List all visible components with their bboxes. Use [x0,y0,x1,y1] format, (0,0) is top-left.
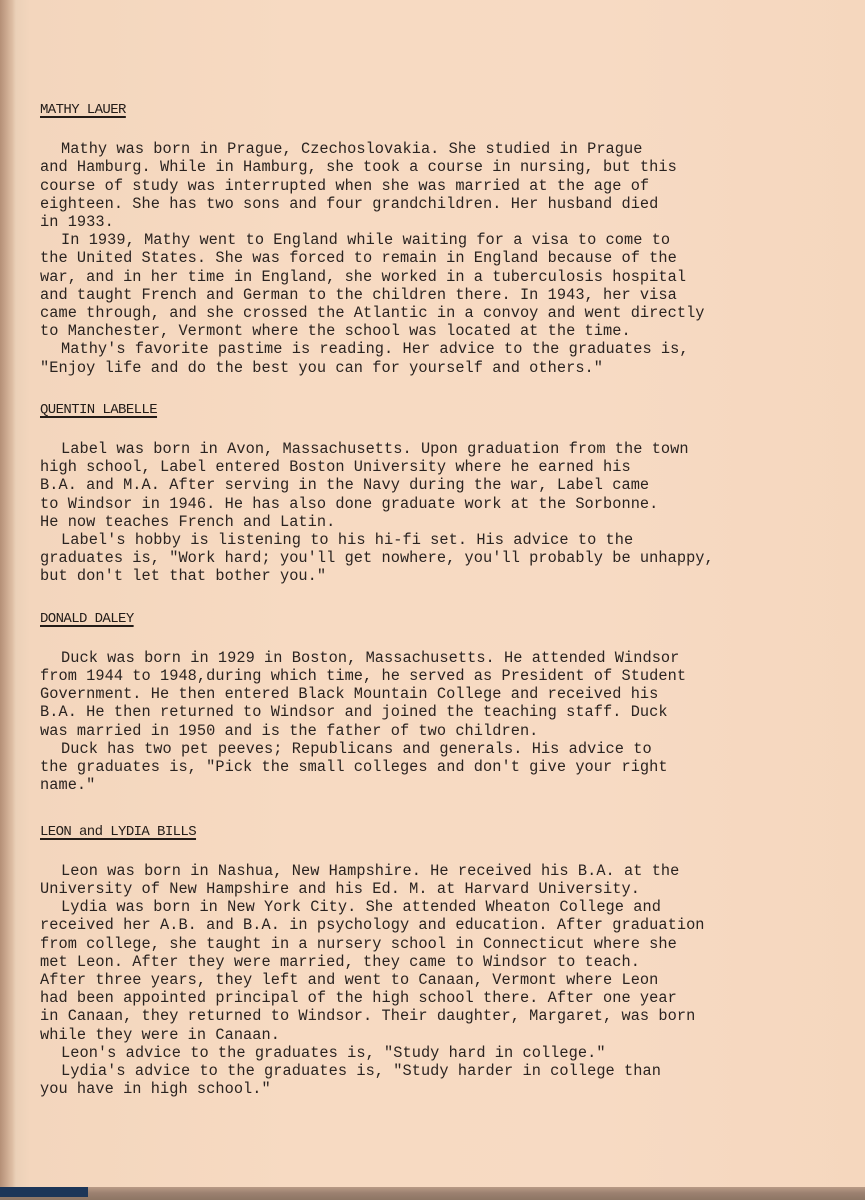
page-content: MATHY LAUER Mathy was born in Prague, Cz… [40,100,840,1098]
text-line: Duck was born in 1929 in Boston, Massach… [40,649,840,667]
text-line: received her A.B. and B.A. in psychology… [40,916,840,934]
text-line: Mathy was born in Prague, Czechoslovakia… [40,140,840,158]
text-line: Government. He then entered Black Mounta… [40,685,840,703]
bio-section-mathy-lauer: MATHY LAUER Mathy was born in Prague, Cz… [40,100,840,377]
text-line: you have in high school." [40,1080,840,1098]
section-heading: DONALD DALEY [40,610,134,628]
text-line: In 1939, Mathy went to England while wai… [40,231,840,249]
section-heading: LEON and LYDIA BILLS [40,823,196,841]
text-line: in Canaan, they returned to Windsor. The… [40,1007,840,1025]
text-line: Leon was born in Nashua, New Hampshire. … [40,862,840,880]
text-line: to Windsor in 1946. He has also done gra… [40,495,840,513]
text-line: B.A. and M.A. After serving in the Navy … [40,476,840,494]
bio-section-donald-daley: DONALD DALEY Duck was born in 1929 in Bo… [40,609,840,795]
section-heading: QUENTIN LABELLE [40,401,157,419]
text-line: from college, she taught in a nursery sc… [40,935,840,953]
text-line: but don't let that bother you." [40,567,840,585]
text-line: graduates is, "Work hard; you'll get now… [40,549,840,567]
cover-strip [0,1187,88,1197]
page-bottom-edge [0,1187,865,1200]
text-line: came through, and she crossed the Atlant… [40,304,840,322]
text-line: met Leon. After they were married, they … [40,953,840,971]
binding-shadow [0,0,16,1188]
text-line: course of study was interrupted when she… [40,177,840,195]
text-line: B.A. He then returned to Windsor and joi… [40,703,840,721]
text-line: name." [40,776,840,794]
text-line: "Enjoy life and do the best you can for … [40,359,840,377]
text-line: Mathy's favorite pastime is reading. Her… [40,340,840,358]
text-line: was married in 1950 and is the father of… [40,722,840,740]
section-body: Duck was born in 1929 in Boston, Massach… [40,649,840,795]
text-line: eighteen. She has two sons and four gran… [40,195,840,213]
typed-page: MATHY LAUER Mathy was born in Prague, Cz… [0,0,865,1188]
text-line: and taught French and German to the chil… [40,286,840,304]
text-line: in 1933. [40,213,840,231]
text-line: the graduates is, "Pick the small colleg… [40,758,840,776]
text-line: had been appointed principal of the high… [40,989,840,1007]
section-heading: MATHY LAUER [40,101,126,119]
text-line: Label was born in Avon, Massachusetts. U… [40,440,840,458]
text-line: while they were in Canaan. [40,1026,840,1044]
text-line: Lydia's advice to the graduates is, "Stu… [40,1062,840,1080]
section-body: Label was born in Avon, Massachusetts. U… [40,440,840,586]
text-line: Label's hobby is listening to his hi-fi … [40,531,840,549]
text-line: war, and in her time in England, she wor… [40,268,840,286]
text-line: to Manchester, Vermont where the school … [40,322,840,340]
text-line: high school, Label entered Boston Univer… [40,458,840,476]
section-body: Mathy was born in Prague, Czechoslovakia… [40,140,840,377]
text-line: and Hamburg. While in Hamburg, she took … [40,158,840,176]
section-body: Leon was born in Nashua, New Hampshire. … [40,862,840,1099]
bio-section-quentin-labelle: QUENTIN LABELLE Label was born in Avon, … [40,400,840,586]
text-line: University of New Hampshire and his Ed. … [40,880,840,898]
text-line: Duck has two pet peeves; Republicans and… [40,740,840,758]
bio-section-leon-lydia-bills: LEON and LYDIA BILLS Leon was born in Na… [40,822,840,1099]
text-line: the United States. She was forced to rem… [40,249,840,267]
text-line: from 1944 to 1948,during which time, he … [40,667,840,685]
text-line: Lydia was born in New York City. She att… [40,898,840,916]
text-line: After three years, they left and went to… [40,971,840,989]
text-line: Leon's advice to the graduates is, "Stud… [40,1044,840,1062]
text-line: He now teaches French and Latin. [40,513,840,531]
